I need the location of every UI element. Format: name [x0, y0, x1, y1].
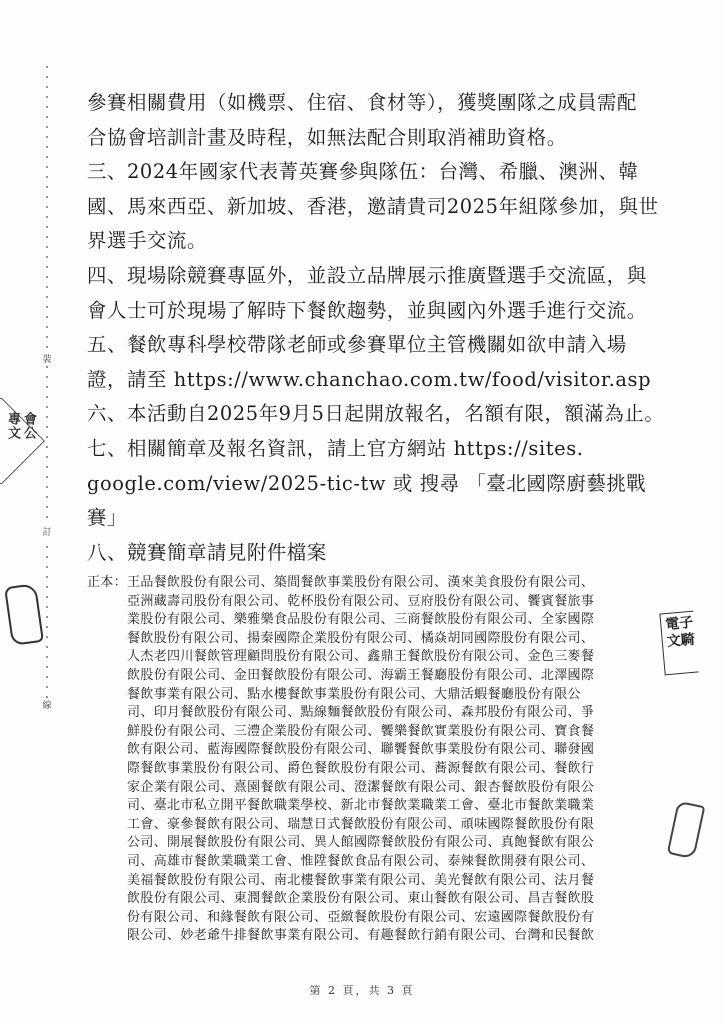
recipient-line: 司、高雄市餐飲業職業工會、惟陞餐飲食品有限公司、泰辣餐飲開發有限公司、	[127, 853, 649, 872]
recipients-label: 正本：	[87, 574, 127, 593]
recipient-line: 公司、開展餐飲股份有限公司、異人館國際餐飲股份有限公司、真飽餐飲有限公	[127, 834, 649, 853]
recipient-line: 份有限公司、和緣餐飲有限公司、亞緻餐飲股份有限公司、宏遠國際餐飲股份有	[127, 909, 649, 928]
official-site-link-line[interactable]: google.com/view/2025-tic-tw 或 搜尋 「臺北國際廚藝…	[87, 467, 647, 502]
recipients-list: 王品餐飲股份有限公司、築間餐飲事業股份有限公司、漢來美食股份有限公司、 亞洲藏壽…	[127, 574, 649, 946]
recipient-line: 飲股份有限公司、東潤餐飲企業股份有限公司、東山餐飲有限公司、昌吉餐飲股	[127, 890, 649, 909]
recipient-line: 餐飲事業有限公司、點水樓餐飲事業股份有限公司、大鼎活蝦餐廳股份有限公	[127, 686, 649, 705]
item-6: 六、本活動自2025年9月5日起開放報名，名額有限，額滿為止。	[87, 397, 647, 432]
recipient-line: 飲股份有限公司、金田餐飲股份有限公司、海霸王餐廳股份有限公司、北澤國際	[127, 667, 649, 686]
seal-stamp-right: 電子文騎	[659, 611, 698, 676]
recipient-line: 鮮股份有限公司、三澧企業股份有限公司、饗樂餐飲實業股份有限公司、寶食餐	[127, 723, 649, 742]
seal-text: 會公專文	[4, 412, 36, 440]
binding-dotted-line	[46, 62, 48, 712]
recipient-line: 限公司、妙老爺牛排餐飲事業有限公司、有趣餐飲行銷有限公司、台灣和民餐飲	[127, 927, 649, 946]
page-number-footer: 第 2 頁，共 3 頁	[0, 982, 724, 998]
seal-stamp-left-partial	[4, 583, 44, 646]
recipient-line: 飲有限公司、藍海國際餐飲股份有限公司、聯饗餐飲事業股份有限公司、聯發國	[127, 741, 649, 760]
binding-label-ding: 訂	[40, 525, 54, 538]
recipient-line: 際餐飲事業股份有限公司、爵色餐飲股份有限公司、蕎源餐飲有限公司、餐飲行	[127, 760, 649, 779]
recipient-line: 家企業有限公司、熹園餐飲有限公司、澄潔餐飲有限公司、銀杏餐飲股份有限公	[127, 779, 649, 798]
item-3: 三、2024年國家代表菁英賽參與隊伍：台灣、希臘、澳洲、韓	[87, 155, 647, 190]
recipient-line: 王品餐飲股份有限公司、築間餐飲事業股份有限公司、漢來美食股份有限公司、	[127, 574, 649, 593]
item-5: 五、餐飲專科學校帶隊老師或參賽單位主管機關如欲申請入場	[87, 328, 647, 363]
seal-stamp-right-partial	[667, 801, 706, 860]
body-line: 會人士可於現場了解時下餐飲趨勢，並與國內外選手進行交流。	[87, 294, 647, 329]
recipient-line: 亞洲藏壽司股份有限公司、乾杯股份有限公司、豆府股份有限公司、饗賓餐旅事	[127, 593, 649, 612]
recipient-line: 司、臺北市私立開平餐飲職業學校、新北市餐飲業職業工會、臺北市餐飲業職業	[127, 797, 649, 816]
seal-border	[0, 398, 45, 484]
recipient-line: 美福餐飲股份有限公司、南北樓餐飲事業有限公司、美光餐飲有限公司、法月餐	[127, 872, 649, 891]
binding-label-zhuang: 裝	[40, 352, 54, 365]
item-8: 八、競賽簡章請見附件檔案	[87, 536, 647, 571]
recipient-line: 人杰老四川餐飲管理顧問股份有限公司、鑫鼎王餐飲股份有限公司、金色三麥餐	[127, 648, 649, 667]
item-7[interactable]: 七、相關簡章及報名資訊，請上官方網站 https://sites.	[87, 432, 647, 467]
body-line: 參賽相關費用（如機票、住宿、食材等），獲獎團隊之成員需配	[87, 86, 647, 121]
body-line: 合協會培訓計畫及時程，如無法配合則取消補助資格。	[87, 121, 647, 156]
recipient-line: 司、印月餐飲股份有限公司、點線麵餐飲股份有限公司、森邦股份有限公司、爭	[127, 704, 649, 723]
recipient-line: 工會、豪參餐飲有限公司、瑞慧日式餐飲股份有限公司、頑味國際餐飲股份有限	[127, 816, 649, 835]
recipient-line: 餐飲股份有限公司、揚秦國際企業股份有限公司、橘焱胡同國際股份有限公司、	[127, 630, 649, 649]
visitor-link-line[interactable]: 證，請至 https://www.chanchao.com.tw/food/vi…	[87, 363, 647, 398]
item-4: 四、現場除競賽專區外，並設立品牌展示推廣暨選手交流區，與	[87, 259, 647, 294]
binding-label-xian: 線	[40, 698, 54, 711]
body-line: 國、馬來西亞、新加坡、香港，邀請貴司2025年組隊參加，與世	[87, 190, 647, 225]
body-line: 界選手交流。	[87, 224, 647, 259]
recipient-line: 業股份有限公司、樂雅樂食品股份有限公司、三商餐飲股份有限公司、全家國際	[127, 611, 649, 630]
seal-stamp-left: 會公專文	[0, 398, 48, 484]
document-body: 參賽相關費用（如機票、住宿、食材等），獲獎團隊之成員需配 合協會培訓計畫及時程，…	[87, 86, 647, 570]
body-line: 賽」	[87, 501, 647, 536]
